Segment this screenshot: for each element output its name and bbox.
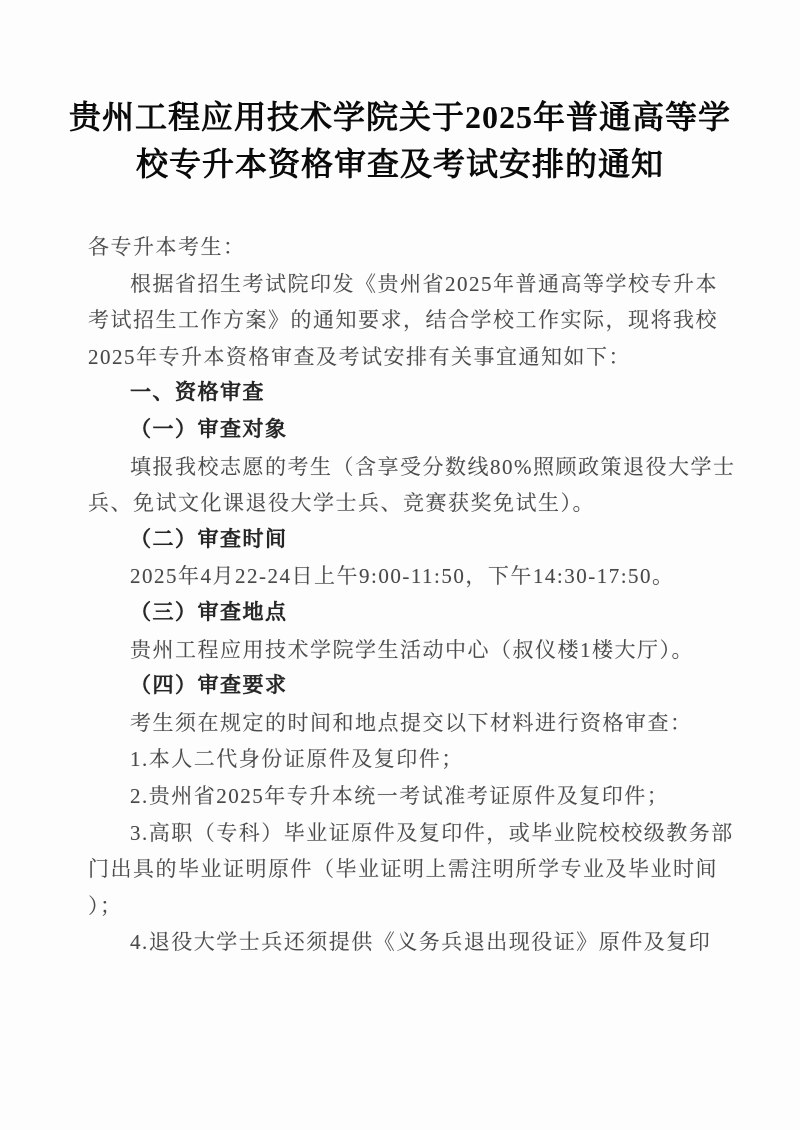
line-material-3-diploma-1: 3.高职（专科）毕业证原件及复印件，或毕业院校校级教务部 bbox=[88, 815, 720, 852]
line-review-time: 2025年4月22-24日上午9:00-11:50，下午14:30-17:50。 bbox=[88, 558, 720, 595]
line-material-3-diploma-2: 门出具的毕业证明原件（毕业证明上需注明所学专业及毕业时间 bbox=[88, 851, 720, 888]
heading-1-2-review-time: （二）审查时间 bbox=[88, 522, 720, 559]
line-salutation: 各专升本考生： bbox=[88, 229, 720, 266]
heading-1-4-review-requirements: （四）审查要求 bbox=[88, 668, 720, 705]
line-material-2-admission-ticket: 2.贵州省2025年专升本统一考试准考证原件及复印件； bbox=[88, 778, 720, 815]
notice-title: 贵州工程应用技术学院关于2025年普通高等学 校专升本资格审查及考试安排的通知 bbox=[0, 94, 800, 188]
notice-title-line-1: 贵州工程应用技术学院关于2025年普通高等学 bbox=[0, 94, 800, 141]
heading-1-1-review-target: （一）审查对象 bbox=[88, 412, 720, 449]
notice-title-line-2: 校专升本资格审查及考试安排的通知 bbox=[0, 141, 800, 188]
line-material-1-id-card: 1.本人二代身份证原件及复印件； bbox=[88, 741, 720, 778]
line-review-target-1: 填报我校志愿的考生（含享受分数线80%照顾政策退役大学士 bbox=[88, 449, 720, 486]
line-material-4-veteran-cert: 4.退役大学士兵还须提供《义务兵退出现役证》原件及复印 bbox=[88, 924, 720, 961]
line-review-target-2: 兵、免试文化课退役大学士兵、竞赛获奖免试生）。 bbox=[88, 485, 720, 522]
line-requirements-intro: 考生须在规定的时间和地点提交以下材料进行资格审查： bbox=[88, 705, 720, 742]
heading-1-3-review-location: （三）审查地点 bbox=[88, 595, 720, 632]
line-intro-2: 考试招生工作方案》的通知要求，结合学校工作实际，现将我校 bbox=[88, 302, 720, 339]
line-intro-3: 2025年专升本资格审查及考试安排有关事宜通知如下： bbox=[88, 339, 720, 376]
line-review-location: 贵州工程应用技术学院学生活动中心（叔仪楼1楼大厅）。 bbox=[88, 632, 720, 669]
notice-document-page: 贵州工程应用技术学院关于2025年普通高等学 校专升本资格审查及考试安排的通知 … bbox=[0, 0, 800, 1130]
line-intro-1: 根据省招生考试院印发《贵州省2025年普通高等学校专升本 bbox=[88, 266, 720, 303]
notice-body: 各专升本考生： 根据省招生考试院印发《贵州省2025年普通高等学校专升本 考试招… bbox=[88, 229, 720, 961]
line-material-3-diploma-3: ）； bbox=[88, 888, 720, 925]
heading-section-1-qualification-review: 一、资格审查 bbox=[88, 375, 720, 412]
